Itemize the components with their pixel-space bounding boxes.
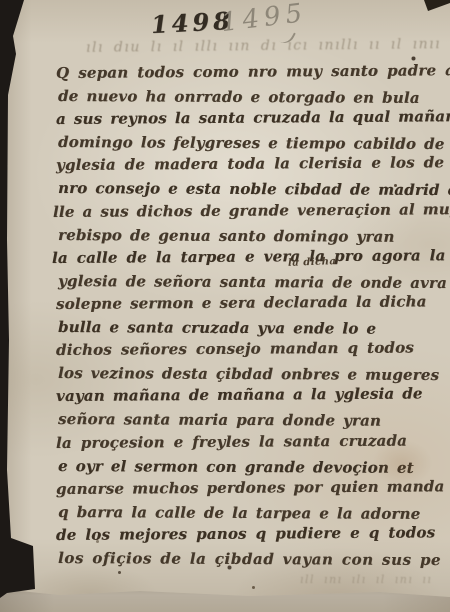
manuscript-line: de los mejores panos q pudiere e q todos: [56, 521, 432, 547]
manuscript-lines: Q sepan todos como nro muy santo padre a…: [56, 62, 432, 570]
manuscript-page: ılı dıu lı ıl ıllı ıın dı ıcı ınıllı ıı …: [0, 0, 450, 612]
ghost-showthrough-bottom: ıll ını ılı ıl ını ıı: [300, 573, 445, 586]
manuscript-line: la calle de la tarpea e vera la pro agor…: [52, 244, 432, 270]
manuscript-line: a sus reynos la santa cruzada la qual ma…: [56, 106, 432, 132]
manuscript-line: ganarse muchos perdones por quien manda: [56, 475, 432, 501]
manuscript-line: los ofiçios de la çibdad vayan con sus p…: [58, 547, 432, 572]
manuscript-line: vayan mañana de mañana a la yglesia de: [56, 383, 432, 409]
ghost-showthrough-top: ılı dıu lı ıl ıllı ıın dı ıcı ınıllı ıı …: [86, 36, 442, 56]
manuscript-line: yglesia de madera toda la clerisia e los…: [56, 152, 432, 178]
manuscript-line: lle a sus dichos de grande veneraçion al…: [53, 198, 432, 224]
manuscript-line: Q sepan todos como nro muy santo padre a…: [56, 59, 432, 85]
manuscript-line: dichos señores consejo mandan q todos: [56, 337, 432, 363]
stain-mark: [372, 440, 432, 486]
manuscript-scan: ılı dıu lı ıl ıllı ıın dı ıcı ınıllı ıı …: [0, 0, 450, 612]
interlinear-insertion: la dicha: [288, 257, 337, 269]
manuscript-line: solepne sermon e sera declarada la dicha: [56, 290, 432, 316]
